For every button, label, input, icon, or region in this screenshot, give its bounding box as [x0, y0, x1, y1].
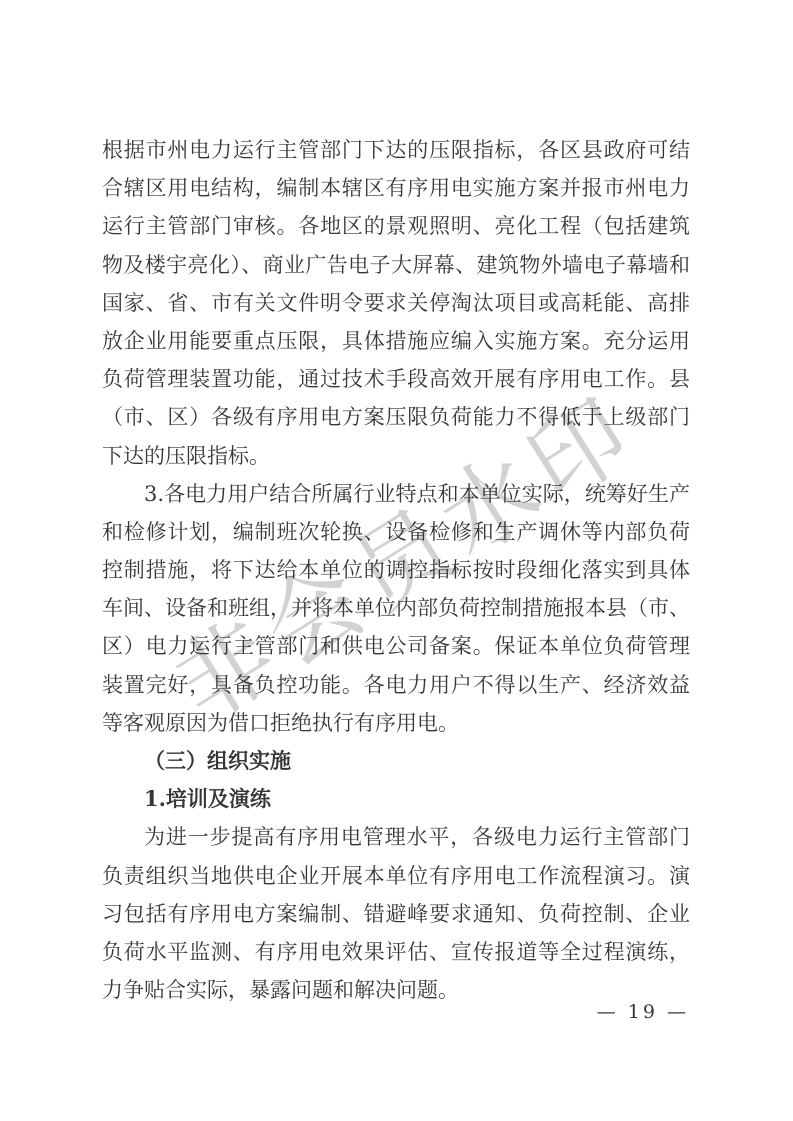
text-line: 负荷水平监测、有序用电效果评估、宣传报道等全过程演练，: [102, 933, 690, 971]
text-line: 负荷管理装置功能，通过技术手段高效开展有序用电工作。县: [102, 360, 690, 398]
text-line: 合辖区用电结构，编制本辖区有序用电实施方案并报市州电力: [102, 169, 690, 207]
text-line: 物及楼宇亮化）、商业广告电子大屏幕、建筑物外墙电子幕墙和: [102, 246, 690, 284]
text-line: （三）组织实施: [102, 742, 690, 780]
text-line: 3.各电力用户结合所属行业特点和本单位实际，统筹好生产: [102, 475, 690, 513]
text-line: 根据市州电力运行主管部门下达的压限指标，各区县政府可结: [102, 131, 690, 169]
text-line: 和检修计划，编制班次轮换、设备检修和生产调休等内部负荷: [102, 513, 690, 551]
text-line: 车间、设备和班组，并将本单位内部负荷控制措施报本县（市、: [102, 589, 690, 627]
text-line: 放企业用能要重点压限，具体措施应编入实施方案。充分运用: [102, 322, 690, 360]
text-line: 等客观原因为借口拒绝执行有序用电。: [102, 704, 690, 742]
text-line: 习包括有序用电方案编制、错避峰要求通知、负荷控制、企业: [102, 895, 690, 933]
text-line: 装置完好，具备负控功能。各电力用户不得以生产、经济效益: [102, 666, 690, 704]
text-line: 运行主管部门审核。各地区的景观照明、亮化工程（包括建筑: [102, 207, 690, 245]
text-line: 控制措施，将下达给本单位的调控指标按时段细化落实到具体: [102, 551, 690, 589]
text-line: 1.培训及演练: [102, 780, 690, 818]
text-line: （市、区）各级有序用电方案压限负荷能力不得低于上级部门: [102, 398, 690, 436]
text-line: 区）电力运行主管部门和供电公司备案。保证本单位负荷管理: [102, 627, 690, 665]
document-body: 根据市州电力运行主管部门下达的压限指标，各区县政府可结合辖区用电结构，编制本辖区…: [102, 131, 690, 1009]
text-line: 负责组织当地供电企业开展本单位有序用电工作流程演习。演: [102, 857, 690, 895]
document-page: 非会员水印 根据市州电力运行主管部门下达的压限指标，各区县政府可结合辖区用电结构…: [0, 0, 793, 1121]
text-line: 国家、省、市有关文件明令要求关停淘汰项目或高耗能、高排: [102, 284, 690, 322]
text-line: 为进一步提高有序用电管理水平，各级电力运行主管部门: [102, 818, 690, 856]
text-line: 下达的压限指标。: [102, 437, 690, 475]
page-number: — 19 —: [597, 1001, 689, 1023]
